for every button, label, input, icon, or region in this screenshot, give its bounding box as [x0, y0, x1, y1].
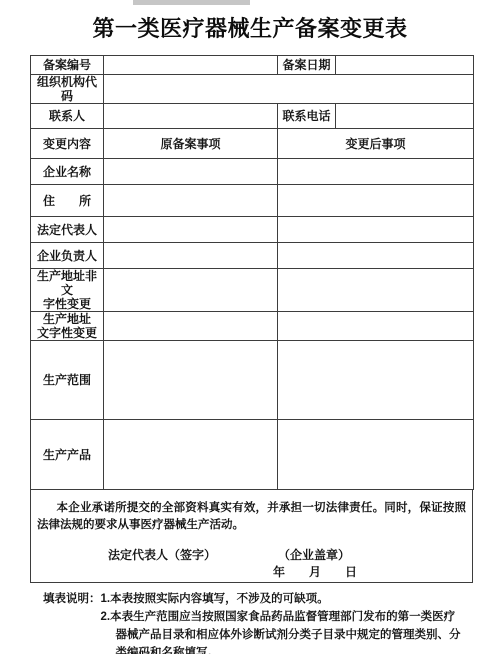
production-scope-changed-cell[interactable] — [278, 341, 474, 420]
original-filing-header: 原备案事项 — [104, 129, 278, 159]
residence-original-cell[interactable] — [104, 185, 278, 217]
production-products-row: 生产产品 — [31, 420, 474, 490]
after-change-header: 变更后事项 — [278, 129, 474, 159]
address-nontext-changed-cell[interactable] — [278, 269, 474, 312]
production-scope-label: 生产范围 — [31, 341, 104, 420]
filing-date-label: 备案日期 — [278, 56, 336, 75]
address-text-original-cell[interactable] — [104, 312, 278, 341]
legal-rep-label: 法定代表人 — [31, 217, 104, 243]
note-item-1: 1.本表按照实际内容填写，不涉及的可缺项。 — [101, 590, 464, 608]
change-header-row: 变更内容 原备案事项 变更后事项 — [31, 129, 474, 159]
filing-number-input-cell[interactable] — [104, 56, 278, 75]
legal-rep-changed-cell[interactable] — [278, 217, 474, 243]
production-products-changed-cell[interactable] — [278, 420, 474, 490]
address-nontext-change-label: 生产地址非文 字性变更 — [31, 269, 104, 312]
enterprise-head-label: 企业负责人 — [31, 243, 104, 269]
notes-list: 1.本表按照实际内容填写，不涉及的可缺项。 2.本表生产范围应当按照国家食品药品… — [101, 590, 464, 654]
declaration-box: 本企业承诺所提交的全部资料真实有效，并承担一切法律责任。同时，保证按照法律法规的… — [30, 489, 473, 583]
enterprise-head-row: 企业负责人 — [31, 243, 474, 269]
legal-rep-original-cell[interactable] — [104, 217, 278, 243]
production-products-label: 生产产品 — [31, 420, 104, 490]
note-item-2: 2.本表生产范围应当按照国家食品药品监督管理部门发布的第一类医疗器械产品目录和相… — [101, 608, 464, 654]
filing-number-label: 备案编号 — [31, 56, 104, 75]
commitment-text: 本企业承诺所提交的全部资料真实有效，并承担一切法律责任。同时，保证按照法律法规的… — [37, 500, 466, 534]
address-text-change-label: 生产地址 文字性变更 — [31, 312, 104, 341]
form-notes: 填表说明： 1.本表按照实际内容填写，不涉及的可缺项。 2.本表生产范围应当按照… — [43, 590, 463, 654]
residence-row: 住 所 — [31, 185, 474, 217]
enterprise-name-row: 企业名称 — [31, 159, 474, 185]
production-scope-row: 生产范围 — [31, 341, 474, 420]
company-seal-label: （企业盖章） — [278, 546, 350, 563]
org-code-row: 组织机构代码 — [31, 75, 474, 104]
address-text-changed-cell[interactable] — [278, 312, 474, 341]
legal-rep-row: 法定代表人 — [31, 217, 474, 243]
filing-date-input-cell[interactable] — [336, 56, 474, 75]
cropped-edge-artifact — [133, 0, 250, 5]
contact-name-input-cell[interactable] — [104, 104, 278, 129]
production-products-original-cell[interactable] — [104, 420, 278, 490]
production-scope-original-cell[interactable] — [104, 341, 278, 420]
date-line: 年 月 日 — [273, 563, 357, 580]
enterprise-head-original-cell[interactable] — [104, 243, 278, 269]
legal-rep-signature-label: 法定代表人（签字） — [108, 546, 216, 563]
residence-changed-cell[interactable] — [278, 185, 474, 217]
enterprise-name-changed-cell[interactable] — [278, 159, 474, 185]
contact-phone-input-cell[interactable] — [336, 104, 474, 129]
contact-row: 联系人 联系电话 — [31, 104, 474, 129]
filing-row: 备案编号 备案日期 — [31, 56, 474, 75]
change-content-header: 变更内容 — [31, 129, 104, 159]
contact-name-label: 联系人 — [31, 104, 104, 129]
filing-change-form-table: 备案编号 备案日期 组织机构代码 联系人 联系电话 变更内容 原备案事项 变更后… — [30, 55, 474, 490]
org-code-input-cell[interactable] — [104, 75, 474, 104]
address-nontext-original-cell[interactable] — [104, 269, 278, 312]
contact-phone-label: 联系电话 — [278, 104, 336, 129]
address-text-change-row: 生产地址 文字性变更 — [31, 312, 474, 341]
enterprise-head-changed-cell[interactable] — [278, 243, 474, 269]
notes-title: 填表说明： — [43, 590, 101, 608]
enterprise-name-original-cell[interactable] — [104, 159, 278, 185]
address-nontext-change-row: 生产地址非文 字性变更 — [31, 269, 474, 312]
enterprise-name-label: 企业名称 — [31, 159, 104, 185]
org-code-label: 组织机构代码 — [31, 75, 104, 104]
residence-label: 住 所 — [31, 185, 104, 217]
form-title: 第一类医疗器械生产备案变更表 — [0, 16, 500, 42]
